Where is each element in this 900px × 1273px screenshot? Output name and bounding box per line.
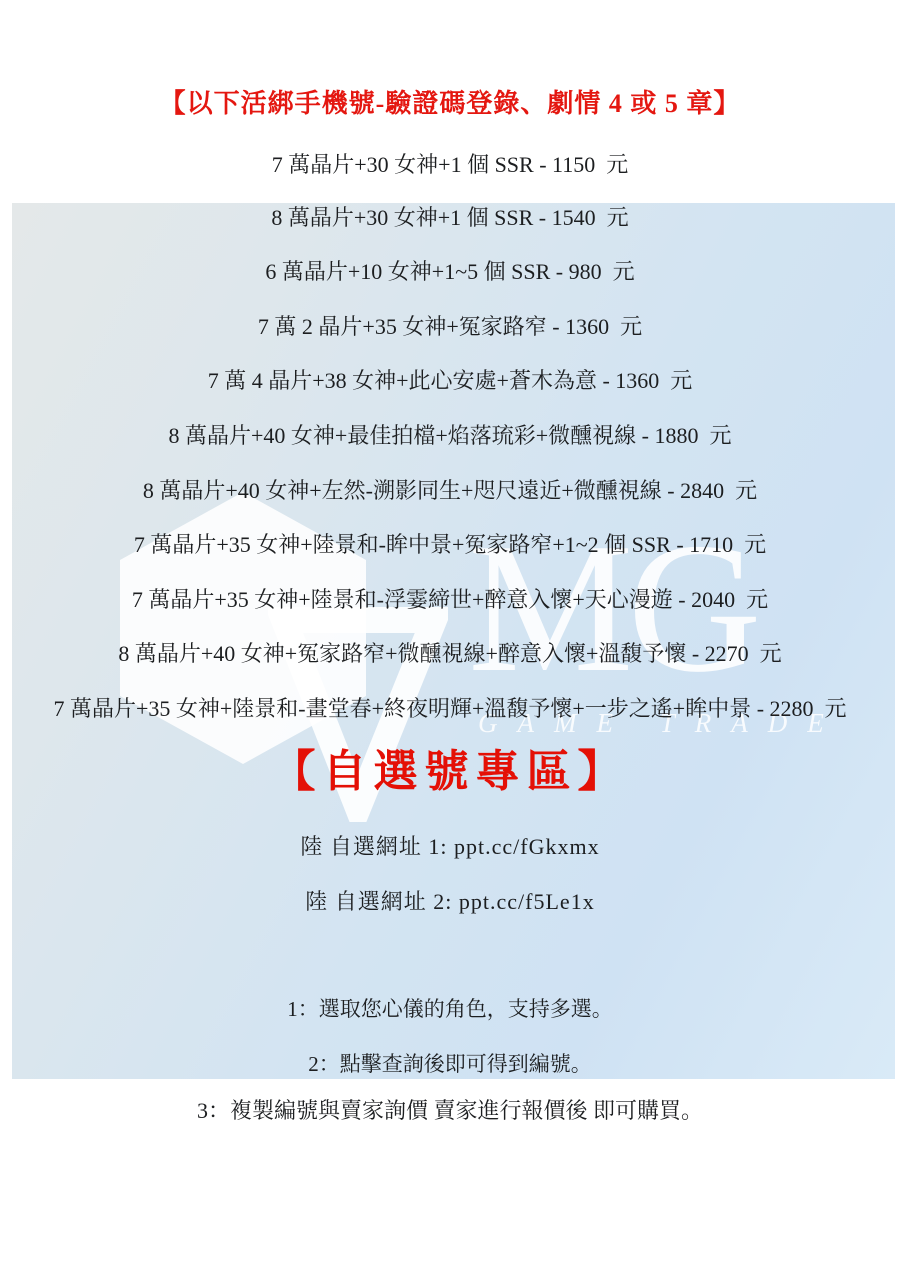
- instruction-step-3: 3：複製編號與賣家詢價 賣家進行報價後 即可購買。: [0, 1094, 900, 1128]
- self-select-section-title: 【自選號專區】: [0, 748, 900, 796]
- price-line: 7 萬晶片+35 女神+陸景和-眸中景+冤家路窄+1~2 個 SSR - 171…: [0, 528, 900, 562]
- instruction-step-1: 1：選取您心儀的角色，支持多選。: [0, 992, 900, 1026]
- self-select-url-1: 陸 自選網址 1: ppt.cc/fGkxmx: [0, 830, 900, 864]
- price-line: 7 萬晶片+30 女神+1 個 SSR - 1150 元: [0, 148, 900, 182]
- price-line: 7 萬 4 晶片+38 女神+此心安處+蒼木為意 - 1360 元: [0, 364, 900, 398]
- instruction-step-2: 2：點擊查詢後即可得到編號。: [0, 1047, 900, 1081]
- self-select-url-2: 陸 自選網址 2: ppt.cc/f5Le1x: [0, 885, 900, 919]
- price-line: 8 萬晶片+40 女神+左然-溯影同生+咫尺遠近+微醺視線 - 2840 元: [0, 474, 900, 508]
- price-line: 7 萬 2 晶片+35 女神+冤家路窄 - 1360 元: [0, 310, 900, 344]
- price-line: 8 萬晶片+30 女神+1 個 SSR - 1540 元: [0, 201, 900, 235]
- price-line: 7 萬晶片+35 女神+陸景和-畫堂春+終夜明輝+溫馥予懷+一步之遙+眸中景 -…: [0, 692, 900, 726]
- price-line: 6 萬晶片+10 女神+1~5 個 SSR - 980 元: [0, 255, 900, 289]
- price-line: 7 萬晶片+35 女神+陸景和-浮霎締世+醉意入懷+天心漫遊 - 2040 元: [0, 583, 900, 617]
- page-title: 【以下活綁手機號-驗證碼登錄、劇情 4 或 5 章】: [0, 87, 900, 121]
- price-line: 8 萬晶片+40 女神+最佳拍檔+焰落琉彩+微醺視線 - 1880 元: [0, 419, 900, 453]
- price-line: 8 萬晶片+40 女神+冤家路窄+微醺視線+醉意入懷+溫馥予懷 - 2270 元: [0, 637, 900, 671]
